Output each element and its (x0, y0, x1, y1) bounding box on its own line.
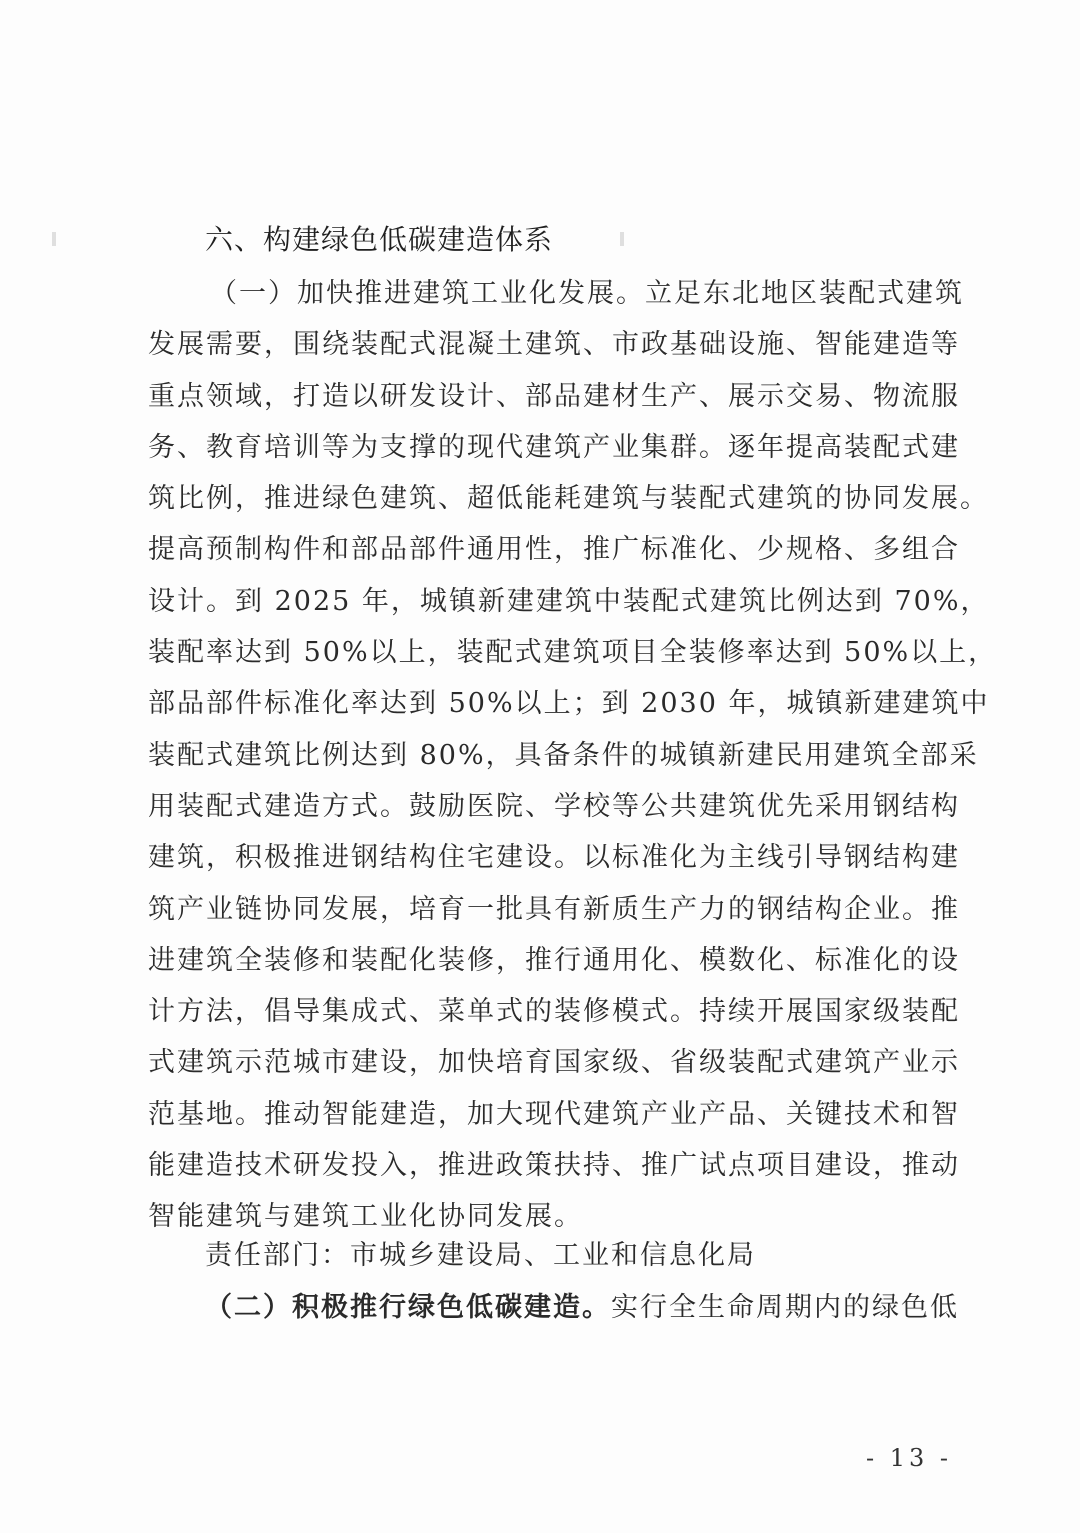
subsection-1-body: （一）加快推进建筑工业化发展。立足东北地区装配式建筑 发展需要，围绕装配式混凝土… (148, 268, 948, 1243)
text-line: 能建造技术研发投入，推进政策扶持、推广试点项目建设，推动 (148, 1140, 948, 1191)
text-line: （一）加快推进建筑工业化发展。立足东北地区装配式建筑 (148, 268, 948, 319)
text-line: 装配率达到 50%以上，装配式建筑项目全装修率达到 50%以上， (148, 627, 948, 678)
text-line: 部品部件标准化率达到 50%以上；到 2030 年，城镇新建建筑中 (148, 678, 948, 729)
text-line: 筑产业链协同发展，培育一批具有新质生产力的钢结构企业。推 (148, 884, 948, 935)
text-line: 范基地。推动智能建造，加大现代建筑产业产品、关键技术和智 (148, 1089, 948, 1140)
text-line: 建筑，积极推进钢结构住宅建设。以标准化为主线引导钢结构建 (148, 832, 948, 883)
subsection-2: （二）积极推行绿色低碳建造。实行全生命周期内的绿色低 (205, 1285, 959, 1324)
text-line: 进建筑全装修和装配化装修，推行通用化、模数化、标准化的设 (148, 935, 948, 986)
text-line: 计方法，倡导集成式、菜单式的装修模式。持续开展国家级装配 (148, 986, 948, 1037)
text-line: 式建筑示范城市建设，加快培育国家级、省级装配式建筑产业示 (148, 1037, 948, 1088)
section-heading: 六、构建绿色低碳建造体系 (205, 218, 553, 258)
text-line: 筑比例，推进绿色建筑、超低能耗建筑与装配式建筑的协同发展。 (148, 473, 948, 524)
text-line: 重点领域，打造以研发设计、部品建材生产、展示交易、物流服 (148, 371, 948, 422)
text-line: 用装配式建造方式。鼓励医院、学校等公共建筑优先采用钢结构 (148, 781, 948, 832)
text-line: 务、教育培训等为支撑的现代建筑产业集群。逐年提高装配式建 (148, 422, 948, 473)
text-line: 装配式建筑比例达到 80%，具备条件的城镇新建民用建筑全部采 (148, 730, 948, 781)
document-page: 六、构建绿色低碳建造体系 （一）加快推进建筑工业化发展。立足东北地区装配式建筑 … (0, 0, 1080, 1533)
responsible-departments: 责任部门：市城乡建设局、工业和信息化局 (205, 1233, 756, 1272)
scan-artifact (52, 232, 56, 246)
page-number: - 13 - (866, 1444, 952, 1472)
scan-artifact (620, 232, 624, 246)
text-line: 提高预制构件和部品部件通用性，推广标准化、少规格、多组合 (148, 524, 948, 575)
subsection-2-title: （二）积极推行绿色低碳建造。 (205, 1292, 611, 1323)
text-line: 发展需要，围绕装配式混凝土建筑、市政基础设施、智能建造等 (148, 319, 948, 370)
text-line: 设计。到 2025 年，城镇新建建筑中装配式建筑比例达到 70%， (148, 576, 948, 627)
subsection-2-text: 实行全生命周期内的绿色低 (611, 1292, 959, 1323)
